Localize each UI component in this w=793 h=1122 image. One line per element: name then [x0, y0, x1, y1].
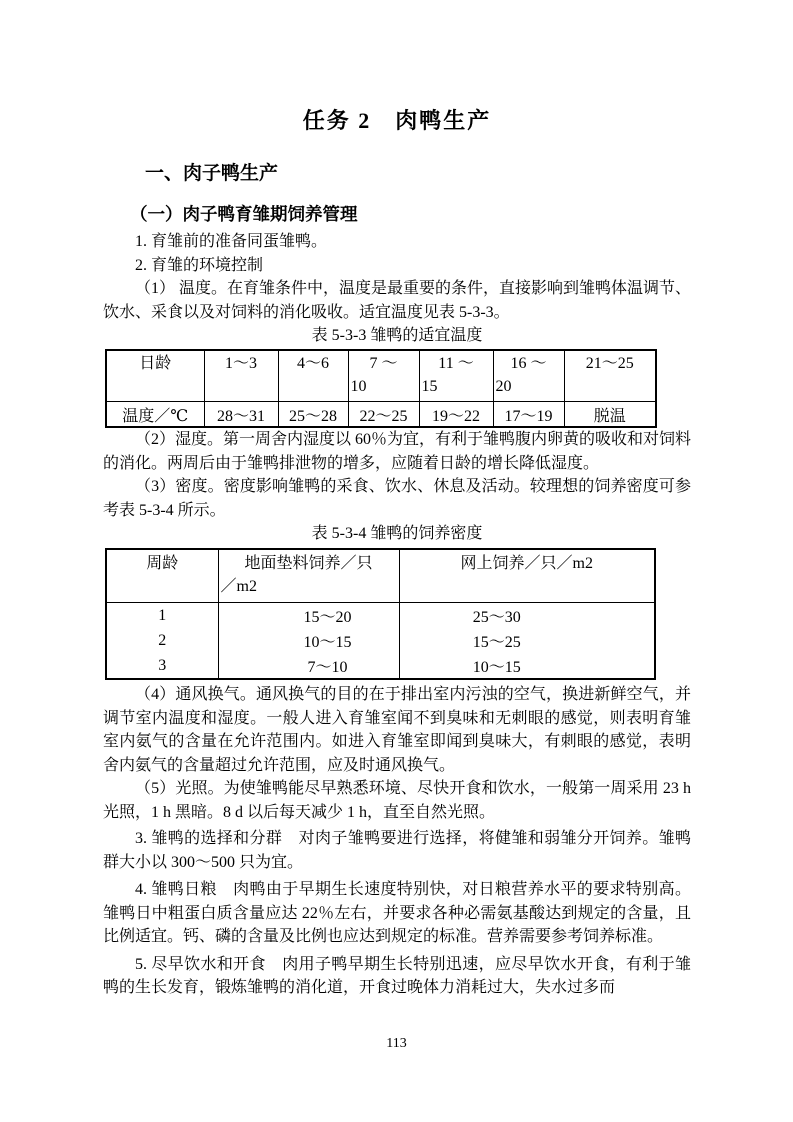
table-row: 2 10～15 15～25 [106, 628, 655, 653]
subsection-heading: （一）肉子鸭育雏期饲养管理 [130, 202, 691, 226]
age-cell: 16 ～20 [493, 350, 564, 402]
table-row: 周龄 地面垫料饲养／只／m2 网上饲养／只／m2 [106, 549, 655, 603]
floor-density-cell: 15～20 [218, 603, 399, 629]
temperature-table: 日龄 1～3 4～6 7 ～10 11 ～15 16 ～20 21～25 温度／… [105, 349, 657, 428]
net-rearing-header-cell: 网上饲养／只／m2 [399, 549, 655, 603]
age-cell: 1～3 [204, 350, 278, 402]
section-heading: 一、肉子鸭生产 [145, 162, 691, 186]
paragraph-temperature: （1） 温度。在育雏条件中，温度是最重要的条件，直接影响到雏鸭体温调节、饮水、采… [103, 277, 691, 324]
floor-density-cell: 10～15 [218, 628, 399, 653]
paragraph-humidity: （2）湿度。第一周舍内湿度以 60％为宜，有利于雏鸭腹内卵黄的吸收和对饲料的消化… [103, 428, 691, 475]
paragraph-early-feeding: 5. 尽早饮水和开食 肉用子鸭早期生长特别迅速，应尽早饮水开食，有利于雏鸭的生长… [103, 953, 691, 1000]
temp-cell: 17～19 [493, 402, 564, 428]
temp-cell: 25～28 [278, 402, 348, 428]
age-row-label-cell: 日龄 [106, 350, 204, 402]
table-row: 3 7～10 10～15 [106, 653, 655, 679]
paragraph-diet: 4. 雏鸭日粮 肉鸭由于早期生长速度特别快，对日粮营养水平的要求特别高。雏鸭日中… [103, 878, 691, 949]
page-content: 任务 2 肉鸭生产 一、肉子鸭生产 （一）肉子鸭育雏期饲养管理 1. 育雏前的准… [103, 106, 691, 1000]
table-row: 温度／℃ 28～31 25～28 22～25 19～22 17～19 脱温 [106, 402, 656, 428]
paragraph-environment-control: 2. 育雏的环境控制 [103, 254, 691, 278]
table-row: 日龄 1～3 4～6 7 ～10 11 ～15 16 ～20 21～25 [106, 350, 656, 402]
age-cell: 7 ～10 [348, 350, 419, 402]
paragraph-ventilation: （4）通风换气。通风换气的目的在于排出室内污浊的空气，换进新鲜空气，并调节室内温… [103, 683, 691, 777]
week-cell: 2 [106, 628, 218, 653]
net-density-cell: 10～15 [399, 653, 655, 679]
temp-row-label-cell: 温度／℃ [106, 402, 204, 428]
week-cell: 1 [106, 603, 218, 629]
week-header-cell: 周龄 [106, 549, 218, 603]
age-cell: 21～25 [564, 350, 656, 402]
temp-cell: 脱温 [564, 402, 656, 428]
density-table-caption: 表 5-3-4 雏鸭的饲养密度 [103, 523, 691, 545]
paragraph-selection-grouping: 3. 雏鸭的选择和分群 对肉子雏鸭要进行选择，将健雏和弱雏分开饲养。雏鸭群大小以… [103, 827, 691, 874]
age-cell: 4～6 [278, 350, 348, 402]
document-title: 任务 2 肉鸭生产 [103, 106, 691, 136]
page-number: 113 [0, 1036, 793, 1052]
table-row: 1 15～20 25～30 [106, 603, 655, 629]
net-density-cell: 25～30 [399, 603, 655, 629]
temp-cell: 22～25 [348, 402, 419, 428]
paragraph-brooding-prep: 1. 育雏前的准备同蛋雏鸭。 [103, 230, 691, 254]
week-cell: 3 [106, 653, 218, 679]
floor-density-cell: 7～10 [218, 653, 399, 679]
net-density-cell: 15～25 [399, 628, 655, 653]
age-cell: 11 ～15 [419, 350, 493, 402]
floor-rearing-header-cell: 地面垫料饲养／只／m2 [218, 549, 399, 603]
temperature-table-caption: 表 5-3-3 雏鸭的适宜温度 [103, 325, 691, 347]
document-page: 任务 2 肉鸭生产 一、肉子鸭生产 （一）肉子鸭育雏期饲养管理 1. 育雏前的准… [0, 0, 793, 1122]
paragraph-density: （3）密度。密度影响雏鸭的采食、饮水、休息及活动。较理想的饲养密度可参考表 5-… [103, 475, 691, 522]
temp-cell: 19～22 [419, 402, 493, 428]
paragraph-lighting: （5）光照。为使雏鸭能尽早熟悉环境、尽快开食和饮水，一般第一周采用 23 h 光… [103, 777, 691, 824]
temp-cell: 28～31 [204, 402, 278, 428]
density-table: 周龄 地面垫料饲养／只／m2 网上饲养／只／m2 1 15～20 25～30 2… [105, 548, 656, 680]
